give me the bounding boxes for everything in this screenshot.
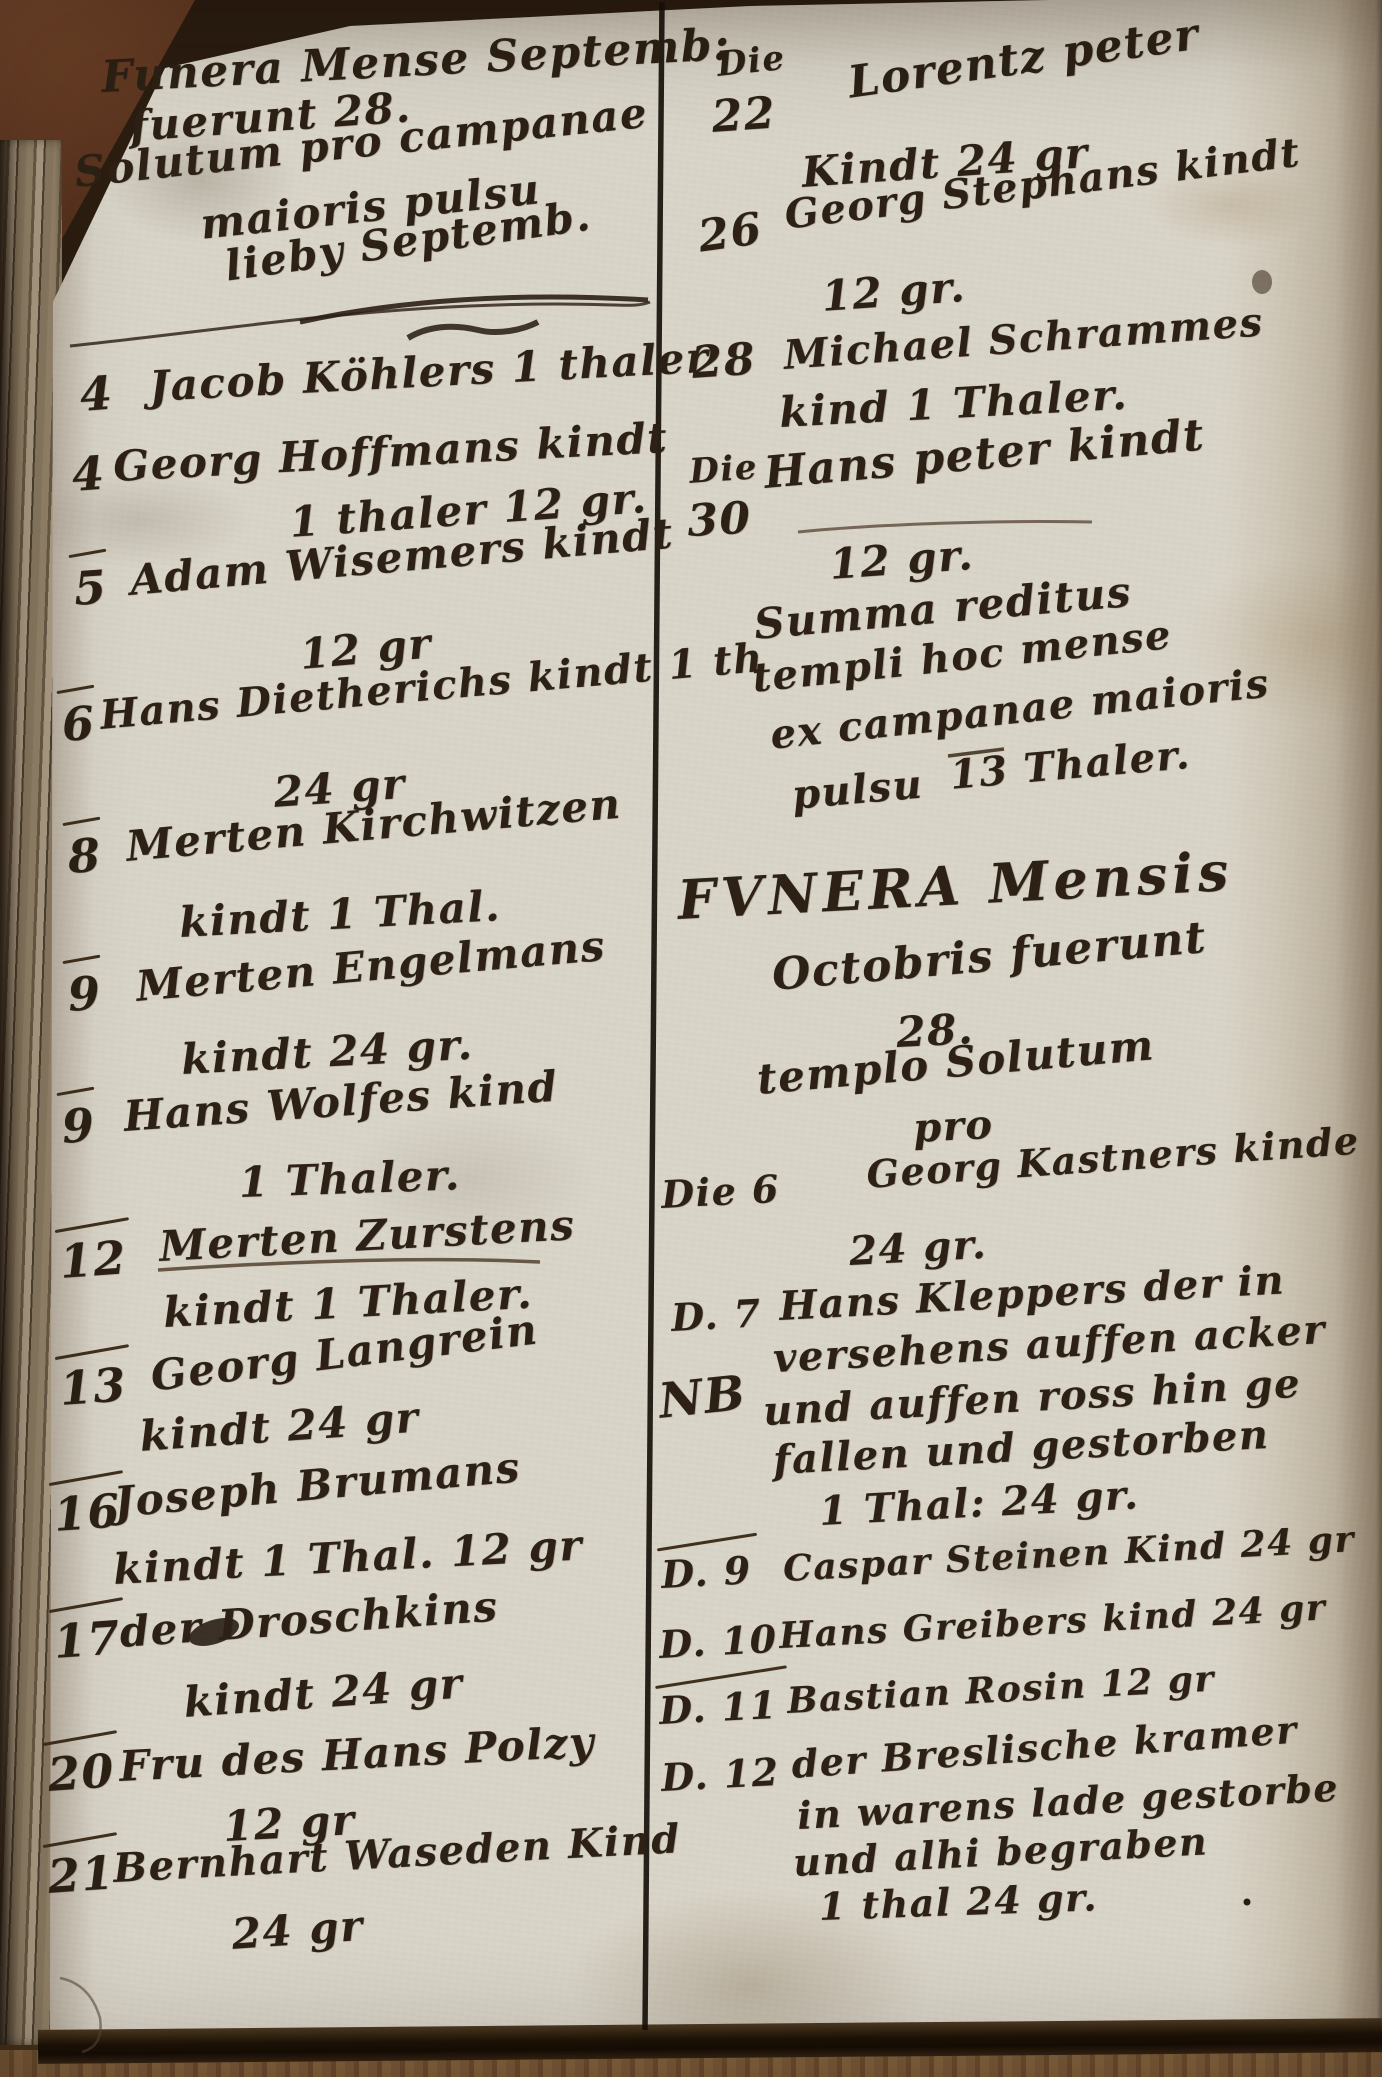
entry-day: 9 (66, 966, 103, 1022)
entry-line: 12 gr. (820, 262, 967, 321)
entry-day: 9 (60, 1098, 97, 1154)
entry-day: D. 10 (658, 1616, 779, 1667)
entry-day: 13 (58, 1357, 129, 1416)
entry-day: 8 (66, 828, 103, 884)
entry-day: 30 (686, 493, 753, 547)
entry-day: Die 6 (660, 1166, 781, 1217)
entry-day: D. 11 (658, 1682, 779, 1733)
entry-day: 4 (70, 446, 107, 502)
entry-line: 24 gr. (848, 1221, 988, 1275)
entry-day: 12 (58, 1230, 129, 1289)
entry-day: 5 (72, 560, 109, 616)
entry-day: D. 12 (660, 1749, 781, 1800)
nota-bene-mark: NB (656, 1365, 749, 1430)
entry-day: 17 (52, 1610, 123, 1669)
entry-day: 4 (78, 366, 115, 422)
entry-day: 22 (710, 88, 778, 143)
entry-day: Die (715, 38, 787, 85)
entry-day: D. 7 (670, 1290, 763, 1340)
entry-day: 20 (46, 1743, 117, 1802)
entry-day: 6 (60, 696, 97, 752)
entry-line: 12 gr. (828, 530, 975, 589)
entry-day: 16 (52, 1483, 123, 1542)
entry-day: 21 (46, 1845, 117, 1904)
entry-day: D. 9 (660, 1547, 753, 1597)
entry-day: 26 (695, 203, 766, 262)
entry-line: 24 gr (230, 1901, 365, 1959)
entry-day: Die (688, 447, 759, 492)
manuscript-photo: Funera Mense Septemb: fuerunt 28. Solutu… (0, 0, 1382, 2077)
entry-line: 1 Thaler. (238, 1150, 461, 1207)
entry-day: 28 (690, 334, 758, 389)
